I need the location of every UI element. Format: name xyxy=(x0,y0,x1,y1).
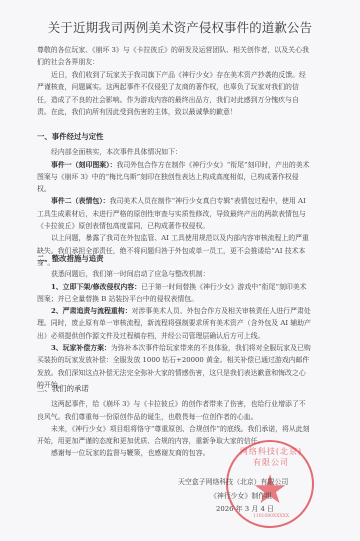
signature-company: 天空盒子网络科技（北京）有限公司 xyxy=(178,476,288,486)
signature-team: 《神行少女》制作组 xyxy=(210,490,272,500)
event-2-label: 事件二（表情包）： xyxy=(51,197,110,205)
event-1-label: 事件一（刻印图案）： xyxy=(51,161,116,169)
measure-1: 1、立即下架/修改侵权内容：已于第一时间替换《神行少女》游戏中“衔尾”刻印美术图… xyxy=(37,281,311,306)
section-2-heading: 二、整改措施与追责 xyxy=(37,253,311,265)
commitment-paragraph-1: 这两起事件，给《崩坏 3》与《卡拉彼丘》的创作者带来了伤害，也给行业增添了不良风… xyxy=(37,398,311,423)
intro-paragraph: 近日，我们收到了玩家关于我司旗下产品《神行少女》存在美术资产抄袭的反馈。经严谨核… xyxy=(37,69,311,118)
intro-block: 近日，我们收到了玩家关于我司旗下产品《神行少女》存在美术资产抄袭的反馈。经严谨核… xyxy=(37,69,311,118)
signature-date: 2026 年 3 月 4 日 xyxy=(216,503,274,513)
measure-1-label: 1、立即下架/修改侵权内容： xyxy=(51,283,141,291)
event-1: 事件一（刻印图案）：我司外包合作方在制作《神行少女》“衔尾”刻印时，产出的美术图… xyxy=(37,159,311,196)
apology-notice-document: 关于近期我司两例美术资产侵权事件的道歉公告 尊敬的各位玩家、《崩坏 3》与《卡拉… xyxy=(0,0,360,541)
event-2: 事件二（表情包）：我司美术人员在制作“神行少女真白专辑”表情包过程中，使用 AI… xyxy=(37,195,311,232)
section-2: 二、整改措施与追责 获悉问题后，我们第一时间启动了应急与整改机制： 1、立即下架… xyxy=(37,253,311,391)
measure-2: 2、严肃追责与流程重构：对涉事美术人员、外包合作方及相关审核责任人进行严肃处理。… xyxy=(37,305,311,342)
measure-3-label: 3、玩家补偿方案： xyxy=(51,344,111,352)
greeting: 尊敬的各位玩家、《崩坏 3》与《卡拉彼丘》的研发及运营团队、相关创作者，以及关心… xyxy=(37,44,311,69)
seal-text: 网络科技(北京)有限公司 xyxy=(236,446,306,468)
document-title: 关于近期我司两例美术资产侵权事件的道歉公告 xyxy=(0,18,360,36)
section-2-lead: 获悉问题后，我们第一时间启动了应急与整改机制： xyxy=(37,268,311,280)
seal-number: 1101080XXXXX xyxy=(248,514,294,519)
section-1-heading: 一、事件经过与定性 xyxy=(37,131,311,143)
greeting-block: 尊敬的各位玩家、《崩坏 3》与《卡拉彼丘》的研发及运营团队、相关创作者，以及关心… xyxy=(37,44,311,69)
measure-2-label: 2、严肃追责与流程重构： xyxy=(51,307,132,315)
section-3-heading: 三、我们的承诺 xyxy=(37,383,311,395)
section-1-lead: 经内部全面核实，本次事件具体情况如下： xyxy=(37,146,311,158)
section-1: 一、事件经过与定性 经内部全面核实，本次事件具体情况如下： 事件一（刻印图案）：… xyxy=(37,131,311,269)
